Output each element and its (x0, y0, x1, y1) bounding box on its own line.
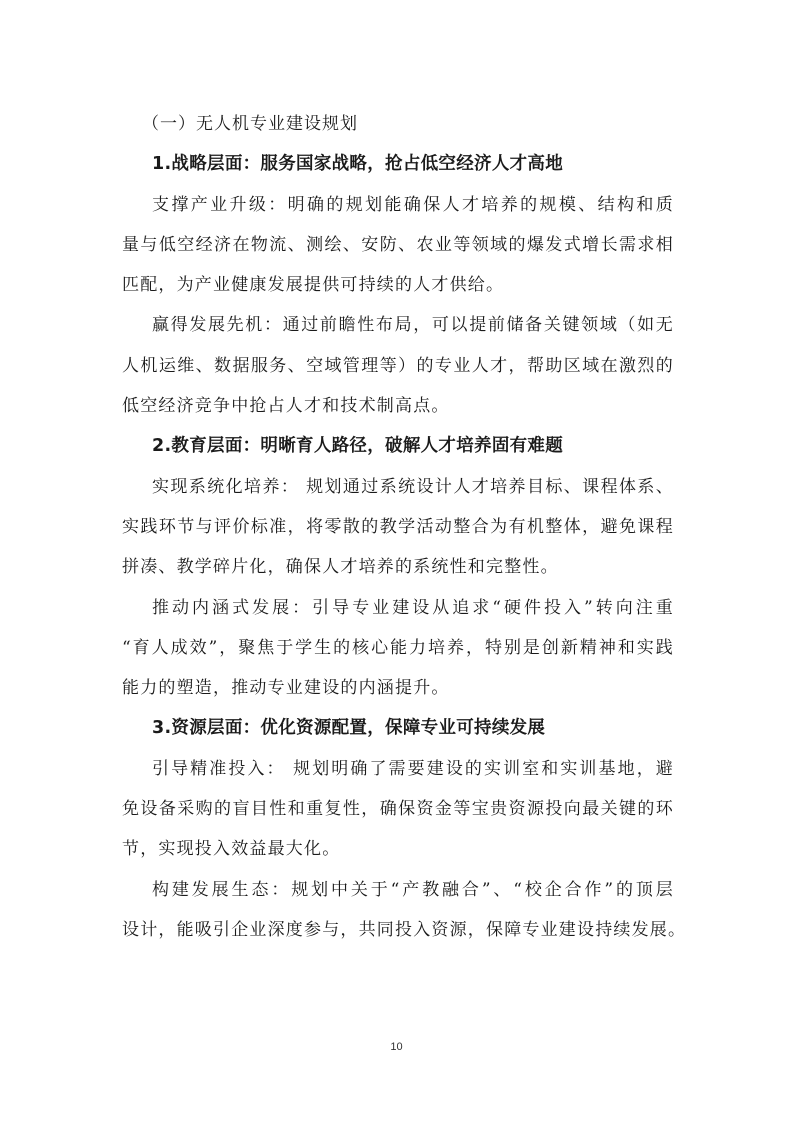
paragraph-line: 人机运维、数据服务、空域管理等）的专业人才，帮助区域在激烈的 (122, 346, 674, 386)
heading-strategy: 1.战略层面：服务国家战略，抢占低空经济人才高地 (122, 144, 674, 184)
paragraph-line: 低空经济竞争中抢占人才和技术制高点。 (122, 386, 674, 426)
paragraph-line: 匹配，为产业健康发展提供可持续的人才供给。 (122, 265, 674, 305)
paragraph-industry-upgrade: 支撑产业升级：明确的规划能确保人才培养的规模、结构和质 量与低空经济在物流、测绘… (122, 185, 674, 306)
paragraph-line: 拼凑、教学碎片化，确保人才培养的系统性和完整性。 (122, 547, 674, 587)
heading-education: 2.教育层面：明晰育人路径，破解人才培养固有难题 (122, 426, 674, 466)
paragraph-precise-investment: 引导精准投入： 规划明确了需要建设的实训室和实训基地，避 免设备采购的盲目性和重… (122, 749, 674, 870)
paragraph-systematic-training: 实现系统化培养： 规划通过系统设计人才培养目标、课程体系、 实践环节与评价标准，… (122, 467, 674, 588)
paragraph-line: 构建发展生态：规划中关于“产教融合”、“校企合作”的顶层 (122, 870, 674, 910)
paragraph-line: “育人成效”，聚焦于学生的核心能力培养，特别是创新精神和实践 (122, 628, 674, 668)
paragraph-line: 节，实现投入效益最大化。 (122, 829, 674, 869)
paragraph-line: 支撑产业升级：明确的规划能确保人才培养的规模、结构和质 (122, 185, 674, 225)
paragraph-ecosystem: 构建发展生态：规划中关于“产教融合”、“校企合作”的顶层 设计，能吸引企业深度参… (122, 870, 674, 951)
paragraph-line: 能力的塑造，推动专业建设的内涵提升。 (122, 668, 674, 708)
paragraph-line: 量与低空经济在物流、测绘、安防、农业等领域的爆发式增长需求相 (122, 225, 674, 265)
page-number: 10 (0, 1041, 793, 1053)
heading-resources: 3.资源层面：优化资源配置，保障专业可持续发展 (122, 708, 674, 748)
paragraph-first-mover: 赢得发展先机：通过前瞻性布局，可以提前储备关键领域（如无 人机运维、数据服务、空… (122, 305, 674, 426)
paragraph-line: 实现系统化培养： 规划通过系统设计人才培养目标、课程体系、 (122, 467, 674, 507)
paragraph-line: 实践环节与评价标准，将零散的教学活动整合为有机整体，避免课程 (122, 507, 674, 547)
paragraph-connotative-development: 推动内涵式发展：引导专业建设从追求“硬件投入”转向注重 “育人成效”，聚焦于学生… (122, 588, 674, 709)
paragraph-line: 推动内涵式发展：引导专业建设从追求“硬件投入”转向注重 (122, 588, 674, 628)
paragraph-line: 设计，能吸引企业深度参与，共同投入资源，保障专业建设持续发展。 (122, 910, 674, 950)
section-title: （一）无人机专业建设规划 (122, 104, 674, 144)
paragraph-line: 引导精准投入： 规划明确了需要建设的实训室和实训基地，避 (122, 749, 674, 789)
document-body: （一）无人机专业建设规划 1.战略层面：服务国家战略，抢占低空经济人才高地 支撑… (122, 104, 674, 950)
paragraph-line: 免设备采购的盲目性和重复性，确保资金等宝贵资源投向最关键的环 (122, 789, 674, 829)
paragraph-line: 赢得发展先机：通过前瞻性布局，可以提前储备关键领域（如无 (122, 305, 674, 345)
